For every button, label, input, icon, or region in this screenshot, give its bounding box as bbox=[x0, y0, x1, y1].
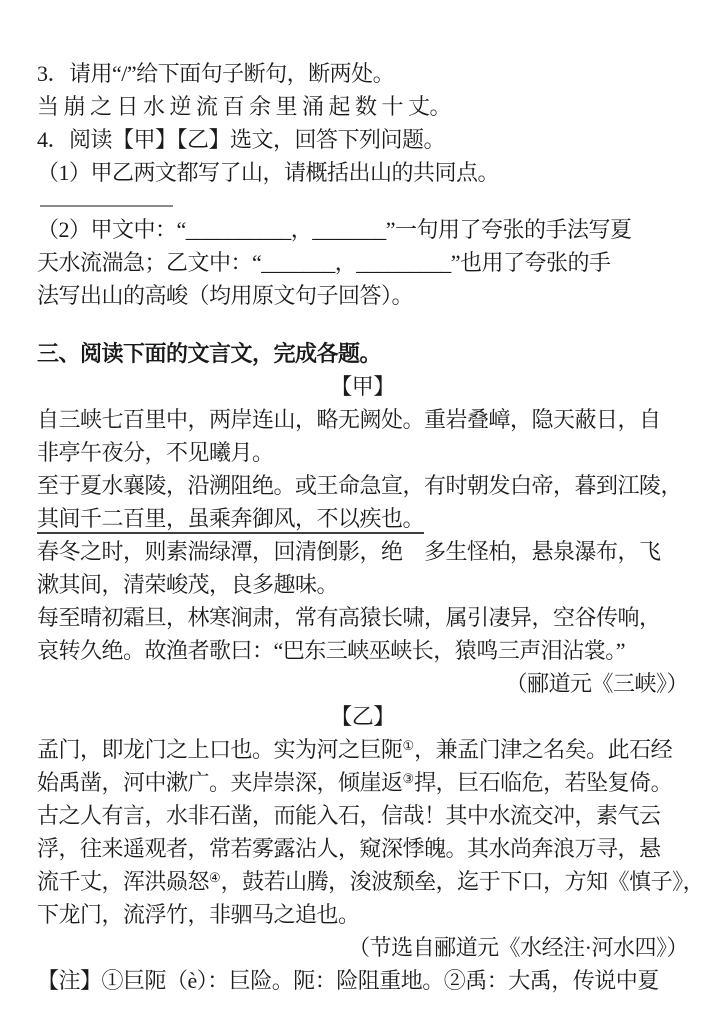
passage-yi-line-text: 始禹凿，河中漱广。夹岸崇深，倾崖返 bbox=[37, 770, 403, 795]
footnote-marker-4: ④ bbox=[209, 870, 221, 885]
passage-jia-line-text: 漱其间，清荣峻茂，良多趣味。 bbox=[37, 572, 338, 597]
footnote-marker-1: ① bbox=[403, 738, 415, 753]
question-4-text: 阅读【甲】【乙】选文，回答下列问题。 bbox=[69, 127, 445, 152]
question-4-part2-line3: 法写出山的高峻（均用原文句子回答）。 bbox=[37, 279, 688, 312]
passage-yi-label: 【乙】 bbox=[37, 700, 688, 733]
answer-blank-rule bbox=[40, 205, 173, 207]
passage-jia-line: 春冬之时，则素湍绿潭，回清倒影，绝 多生怪柏，悬泉瀑布，飞 bbox=[37, 535, 688, 568]
footnotes-line: 【注】①巨阨（è）：巨险。阨：险阻重地。②禹：大禹，传说中夏 bbox=[37, 964, 688, 997]
passage-yi-label-text: 【乙】 bbox=[330, 704, 395, 729]
passage-yi-line-text: ，鼓若山腾，浚波颓垒，迄于下口，方知《慎子》， bbox=[221, 869, 705, 894]
question-4-part1: （1）甲乙两文都写了山，请概括出山的共同点。 bbox=[37, 156, 688, 189]
passage-yi-line: 孟门，即龙门之上口也。实为河之巨阨①，兼孟门津之名矣。此石经 bbox=[37, 733, 688, 766]
passage-yi-line: 浮，往来遥观者，常若雾露沾人，窥深悸魄。其水尚奔浪万寻，悬 bbox=[37, 832, 688, 865]
passage-jia-label-text: 【甲】 bbox=[330, 374, 395, 399]
passage-jia-line-text: 哀转久绝。故渔者歌曰：“巴东三峡巫峡长，猿鸣三声泪沾裳。” bbox=[37, 638, 625, 663]
passage-jia-line-underlined: 其间千二百里，虽乘奔御风，不以疾也。 bbox=[37, 502, 688, 535]
passage-jia-line: 漱其间，清荣峻茂，良多趣味。 bbox=[37, 568, 688, 601]
question-3-text: 请用“/”给下面句子断句，断两处。 bbox=[69, 61, 394, 86]
passage-jia-attribution-text: （郦道元《三峡》） bbox=[505, 671, 688, 696]
passage-yi-line-text: ，兼孟门津之名矣。此石经 bbox=[414, 737, 672, 762]
exam-document-page: 3．请用“/”给下面句子断句，断两处。 当 崩 之 日 水 逆 流 百 余 里 … bbox=[0, 0, 724, 1024]
question-4-part2-line1-text: （2）甲文中：“__________，_______”一句用了夸张的手法写夏 bbox=[37, 217, 632, 242]
punctuation-sentence-text: 当 崩 之 日 水 逆 流 百 余 里 涌 起 数 十 丈。 bbox=[37, 94, 451, 119]
question-4-part2-line1: （2）甲文中：“__________，_______”一句用了夸张的手法写夏 bbox=[37, 213, 688, 246]
passage-jia-line: 至于夏水襄陵，沿溯阻绝。或王命急宣，有时朝发白帝，暮到江陵， bbox=[37, 469, 688, 502]
passage-yi-line-text: 古之人有言，水非石凿，而能入石，信哉！其中水流交冲，素气云 bbox=[37, 803, 661, 828]
passage-jia-underlined-text: 其间千二百里，虽乘奔御风，不以疾也。 bbox=[37, 506, 424, 534]
section-3-heading-text: 三、阅读下面的文言文，完成各题。 bbox=[37, 341, 381, 366]
passage-jia-line-text: 春冬之时，则素湍绿潭，回清倒影，绝 多生怪柏，悬泉瀑布，飞 bbox=[37, 539, 661, 564]
passage-yi-attribution-text: （节选自郦道元《水经注·河水四》） bbox=[348, 935, 688, 960]
passage-yi-line-text: 捍，巨石临危，若坠复倚。 bbox=[414, 770, 672, 795]
passage-jia-line: 每至晴初霜旦，林寒涧肃，常有高猿长啸，属引凄异，空谷传响， bbox=[37, 601, 688, 634]
question-3-number: 3． bbox=[37, 61, 69, 86]
passage-yi-attribution: （节选自郦道元《水经注·河水四》） bbox=[37, 931, 688, 964]
passage-jia-line-text: 非亭午夜分，不见曦月。 bbox=[37, 440, 274, 465]
passage-yi-line: 下龙门，流浮竹，非驷马之追也。 bbox=[37, 898, 688, 931]
passage-yi-line-text: 浮，往来遥观者，常若雾露沾人，窥深悸魄。其水尚奔浪万寻，悬 bbox=[37, 836, 661, 861]
section-3-heading: 三、阅读下面的文言文，完成各题。 bbox=[37, 337, 688, 370]
passage-jia-line: 非亭午夜分，不见曦月。 bbox=[37, 436, 688, 469]
passage-yi-line-text: 孟门，即龙门之上口也。实为河之巨阨 bbox=[37, 737, 403, 762]
passage-yi-line-text: 流千丈，浑洪赑怒 bbox=[37, 869, 209, 894]
passage-yi-line: 流千丈，浑洪赑怒④，鼓若山腾，浚波颓垒，迄于下口，方知《慎子》， bbox=[37, 865, 688, 898]
question-4-part2-line2-text: 天水流湍急；乙文中：“_______，_________”也用了夸张的手 bbox=[37, 250, 611, 275]
footnote-marker-3: ③ bbox=[403, 771, 415, 786]
passage-yi-line: 始禹凿，河中漱广。夹岸崇深，倾崖返③捍，巨石临危，若坠复倚。 bbox=[37, 766, 688, 799]
passage-jia-line-text: 至于夏水襄陵，沿溯阻绝。或王命急宣，有时朝发白帝，暮到江陵， bbox=[37, 473, 682, 498]
passage-jia-line: 自三峡七百里中，两岸连山，略无阙处。重岩叠嶂，隐天蔽日，自 bbox=[37, 403, 688, 436]
passage-yi-line: 古之人有言，水非石凿，而能入石，信哉！其中水流交冲，素气云 bbox=[37, 799, 688, 832]
passage-jia-attribution: （郦道元《三峡》） bbox=[37, 667, 688, 700]
footnotes-text: 【注】①巨阨（è）：巨险。阨：险阻重地。②禹：大禹，传说中夏 bbox=[37, 968, 659, 993]
question-3: 3．请用“/”给下面句子断句，断两处。 bbox=[37, 57, 688, 90]
passage-jia-label: 【甲】 bbox=[37, 370, 688, 403]
passage-jia-line-text: 自三峡七百里中，两岸连山，略无阙处。重岩叠嶂，隐天蔽日，自 bbox=[37, 407, 661, 432]
passage-jia-line-text: 每至晴初霜旦，林寒涧肃，常有高猿长啸，属引凄异，空谷传响， bbox=[37, 605, 661, 630]
question-4-part1-text: （1）甲乙两文都写了山，请概括出山的共同点。 bbox=[37, 160, 499, 185]
question-4: 4．阅读【甲】【乙】选文，回答下列问题。 bbox=[37, 123, 688, 156]
question-4-part2-line2: 天水流湍急；乙文中：“_______，_________”也用了夸张的手 bbox=[37, 246, 688, 279]
question-4-part2-line3-text: 法写出山的高峻（均用原文句子回答）。 bbox=[37, 283, 413, 308]
punctuation-sentence: 当 崩 之 日 水 逆 流 百 余 里 涌 起 数 十 丈。 bbox=[37, 90, 688, 123]
passage-yi-line-text: 下龙门，流浮竹，非驷马之追也。 bbox=[37, 902, 360, 927]
passage-jia-line: 哀转久绝。故渔者歌曰：“巴东三峡巫峡长，猿鸣三声泪沾裳。” bbox=[37, 634, 688, 667]
question-4-number: 4． bbox=[37, 127, 69, 152]
